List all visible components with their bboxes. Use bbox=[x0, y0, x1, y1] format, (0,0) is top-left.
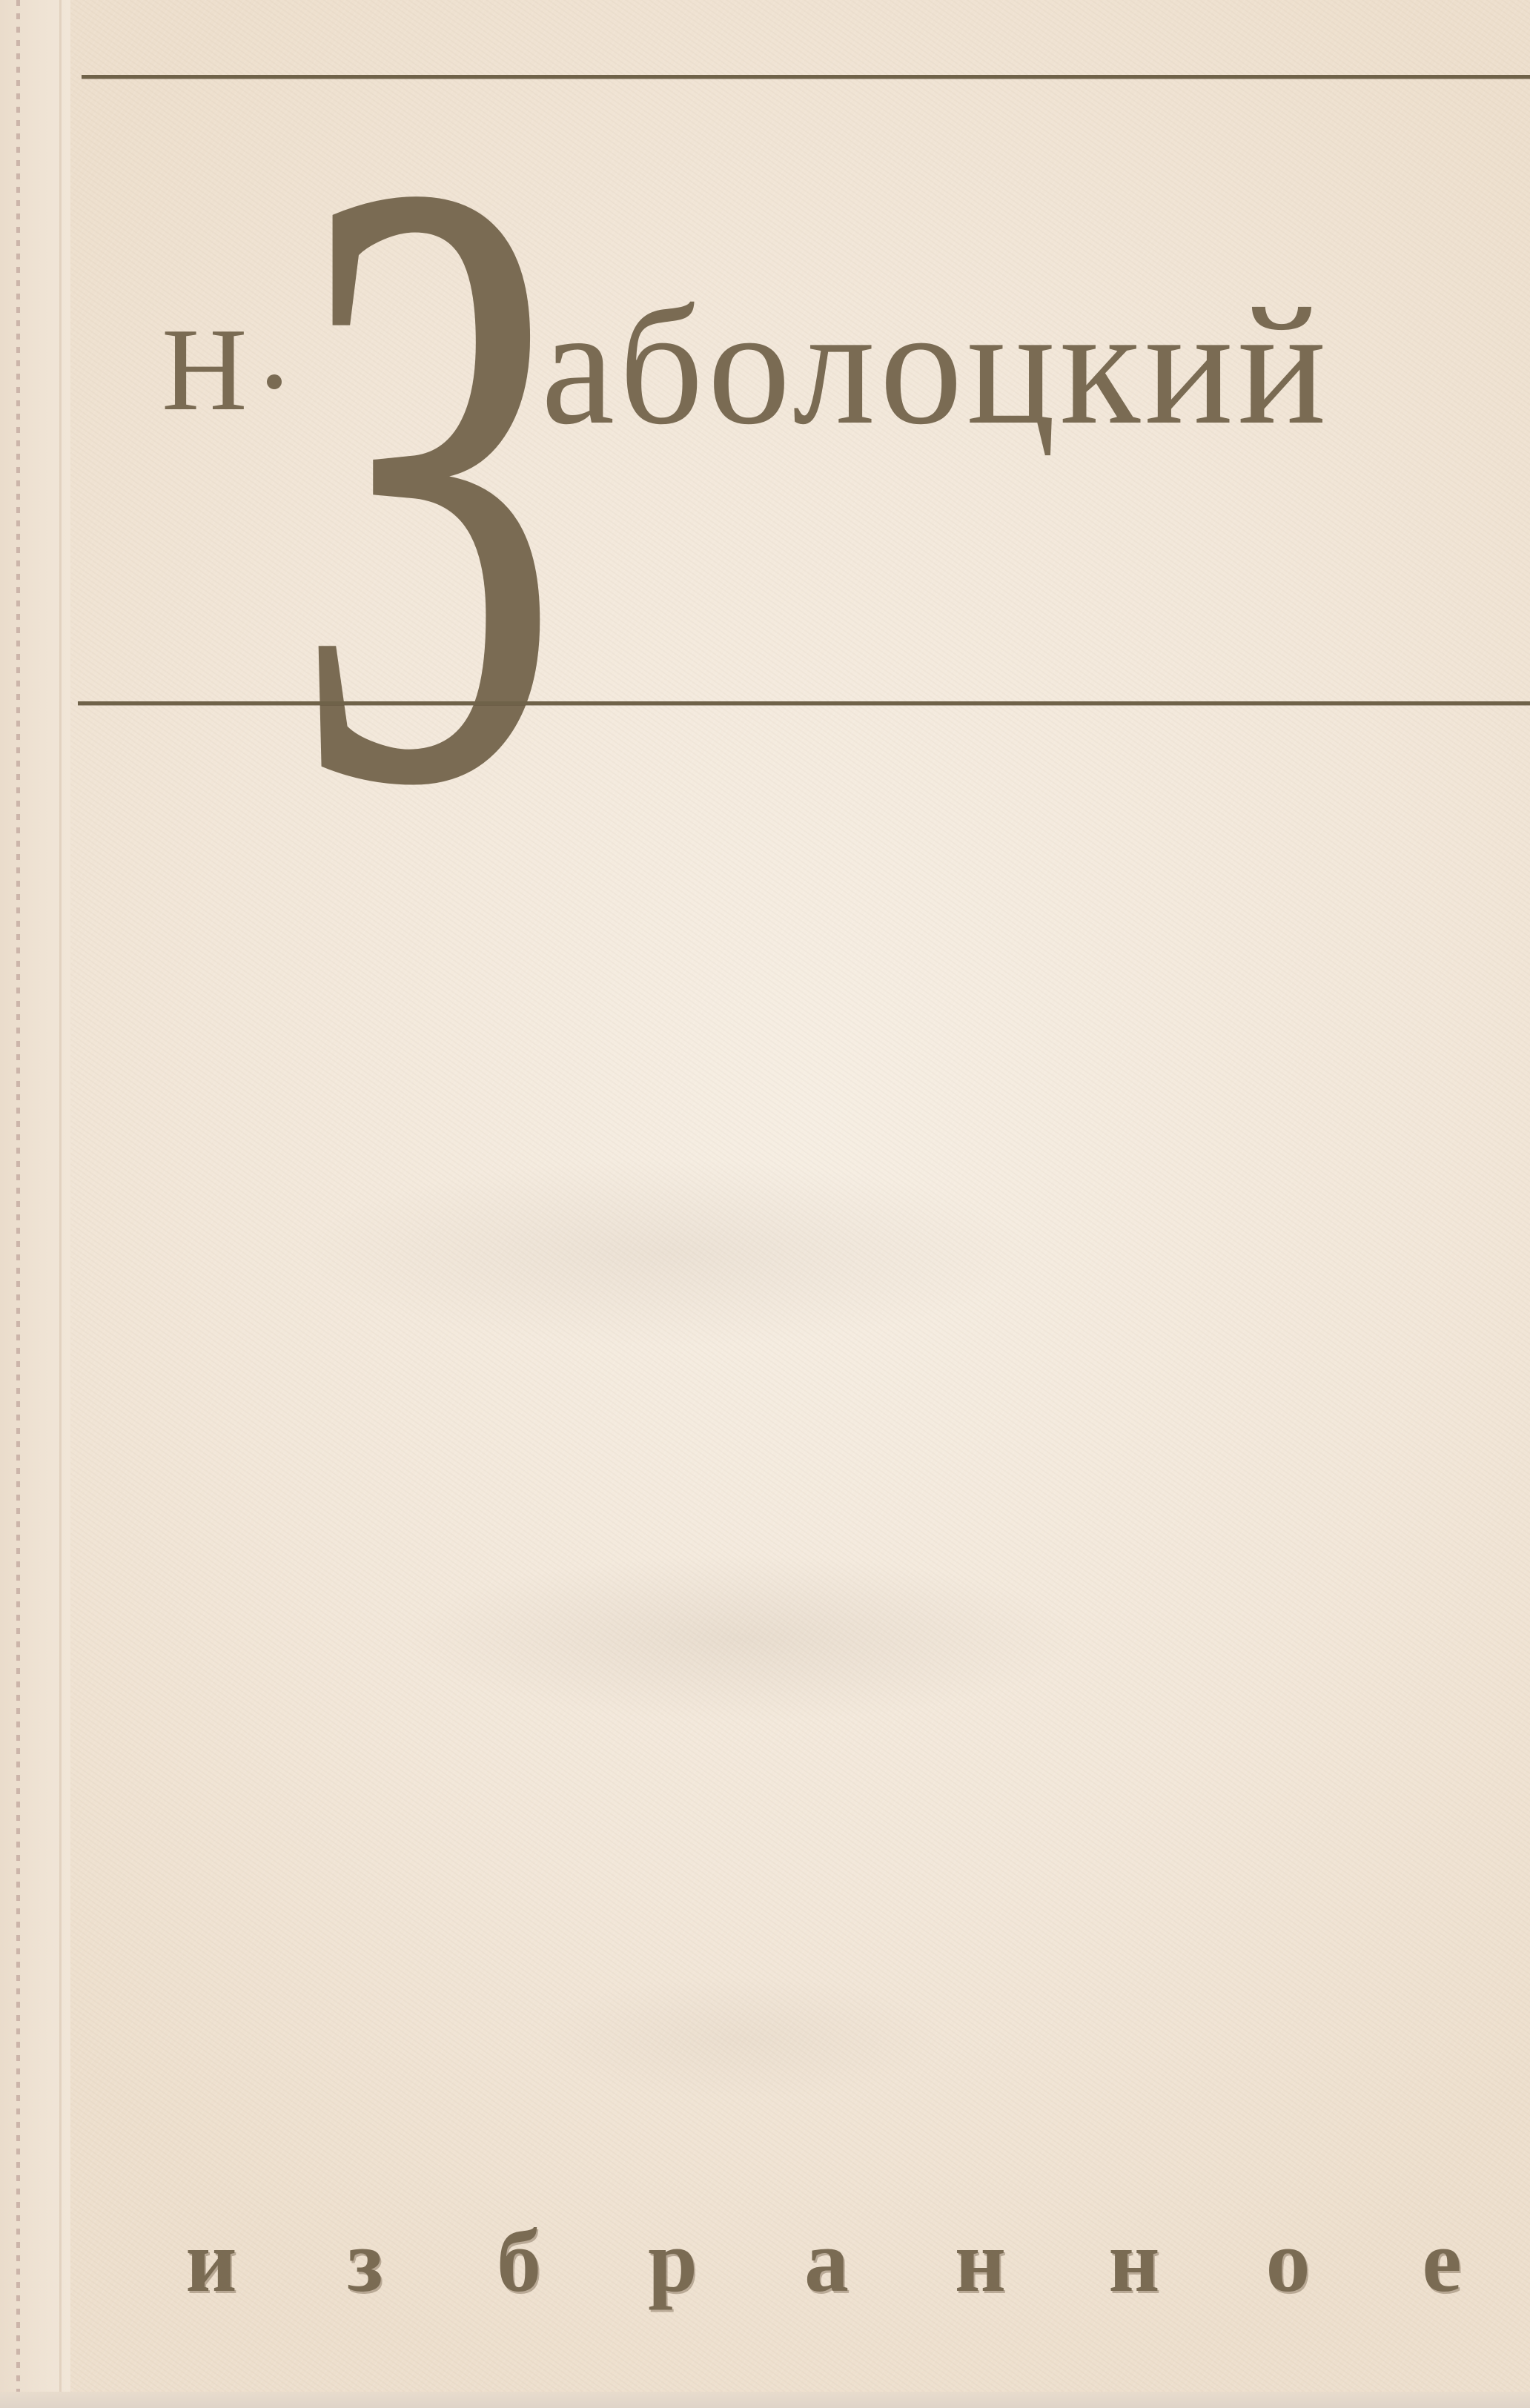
author-initial: Н bbox=[162, 310, 248, 429]
surname-initial-letter: З bbox=[293, 44, 565, 919]
spine-crease bbox=[59, 0, 62, 2408]
subtitle-letter: н bbox=[1105, 2217, 1164, 2306]
subtitle-letter: и bbox=[182, 2217, 241, 2306]
subtitle-letter: а bbox=[797, 2217, 856, 2306]
book-subtitle: и з б р а н н о е bbox=[182, 2217, 1471, 2306]
initial-dot bbox=[267, 374, 282, 389]
subtitle-letter: р bbox=[643, 2217, 703, 2306]
subtitle-letter: б bbox=[489, 2217, 549, 2306]
spine-stitching bbox=[16, 0, 20, 2408]
subtitle-letter: о bbox=[1259, 2217, 1318, 2306]
bottom-edge bbox=[0, 2392, 1530, 2408]
subtitle-letter: з bbox=[336, 2217, 395, 2306]
book-cover: Н З аболоцкий и з б р а н н о е bbox=[0, 0, 1530, 2408]
subtitle-letter: н bbox=[951, 2217, 1010, 2306]
bottom-rule bbox=[78, 701, 1530, 705]
subtitle-letter: е bbox=[1412, 2217, 1471, 2306]
author-surname: аболоцкий bbox=[541, 282, 1331, 451]
